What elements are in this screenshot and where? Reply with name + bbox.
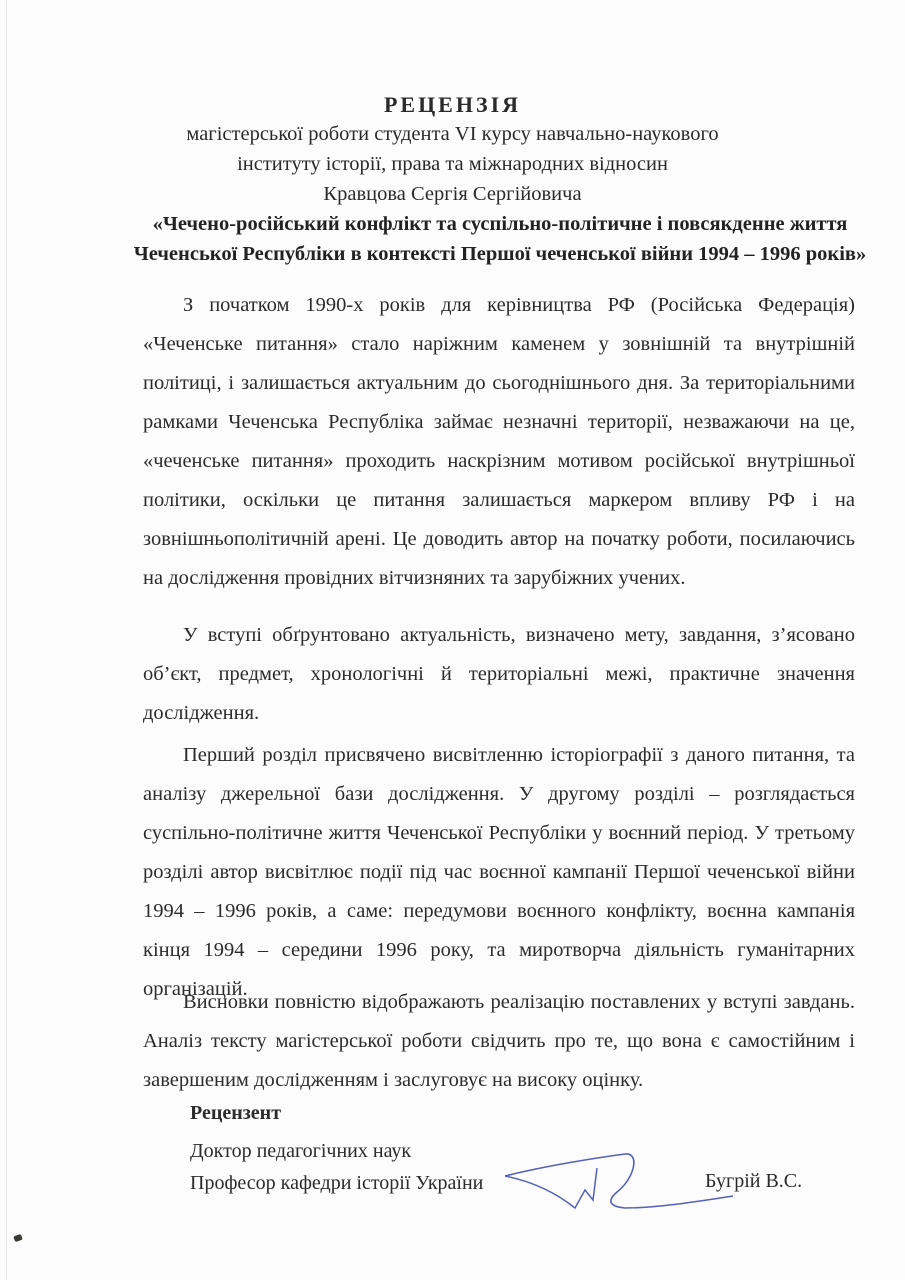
reviewer-label: Рецензент xyxy=(190,1102,281,1125)
subtitle-line-1: магістерської роботи студента VI курсу н… xyxy=(0,123,905,146)
subtitle-line-2: інституту історії, права та міжнародних … xyxy=(0,153,905,176)
paragraph-1: З початком 1990-х років для керівництва … xyxy=(143,286,855,598)
document-heading: РЕЦЕНЗІЯ xyxy=(0,92,905,118)
work-title: «Чечено-російський конфлікт та суспільно… xyxy=(130,209,870,269)
scanned-page: РЕЦЕНЗІЯ магістерської роботи студента V… xyxy=(0,0,905,1280)
ink-blot xyxy=(13,1234,23,1242)
student-name: Кравцова Сергія Сергійовича xyxy=(0,183,905,206)
paragraph-4: Висновки повністю відображають реалізаці… xyxy=(143,983,855,1100)
paragraph-3: Перший розділ присвячено висвітленню іст… xyxy=(143,736,855,1009)
handwritten-signature xyxy=(505,1148,735,1210)
reviewer-degree: Доктор педагогічних наук xyxy=(190,1140,411,1163)
paragraph-2: У вступі обґрунтовано актуальність, визн… xyxy=(143,616,855,733)
reviewer-position: Професор кафедри історії України xyxy=(190,1172,483,1195)
